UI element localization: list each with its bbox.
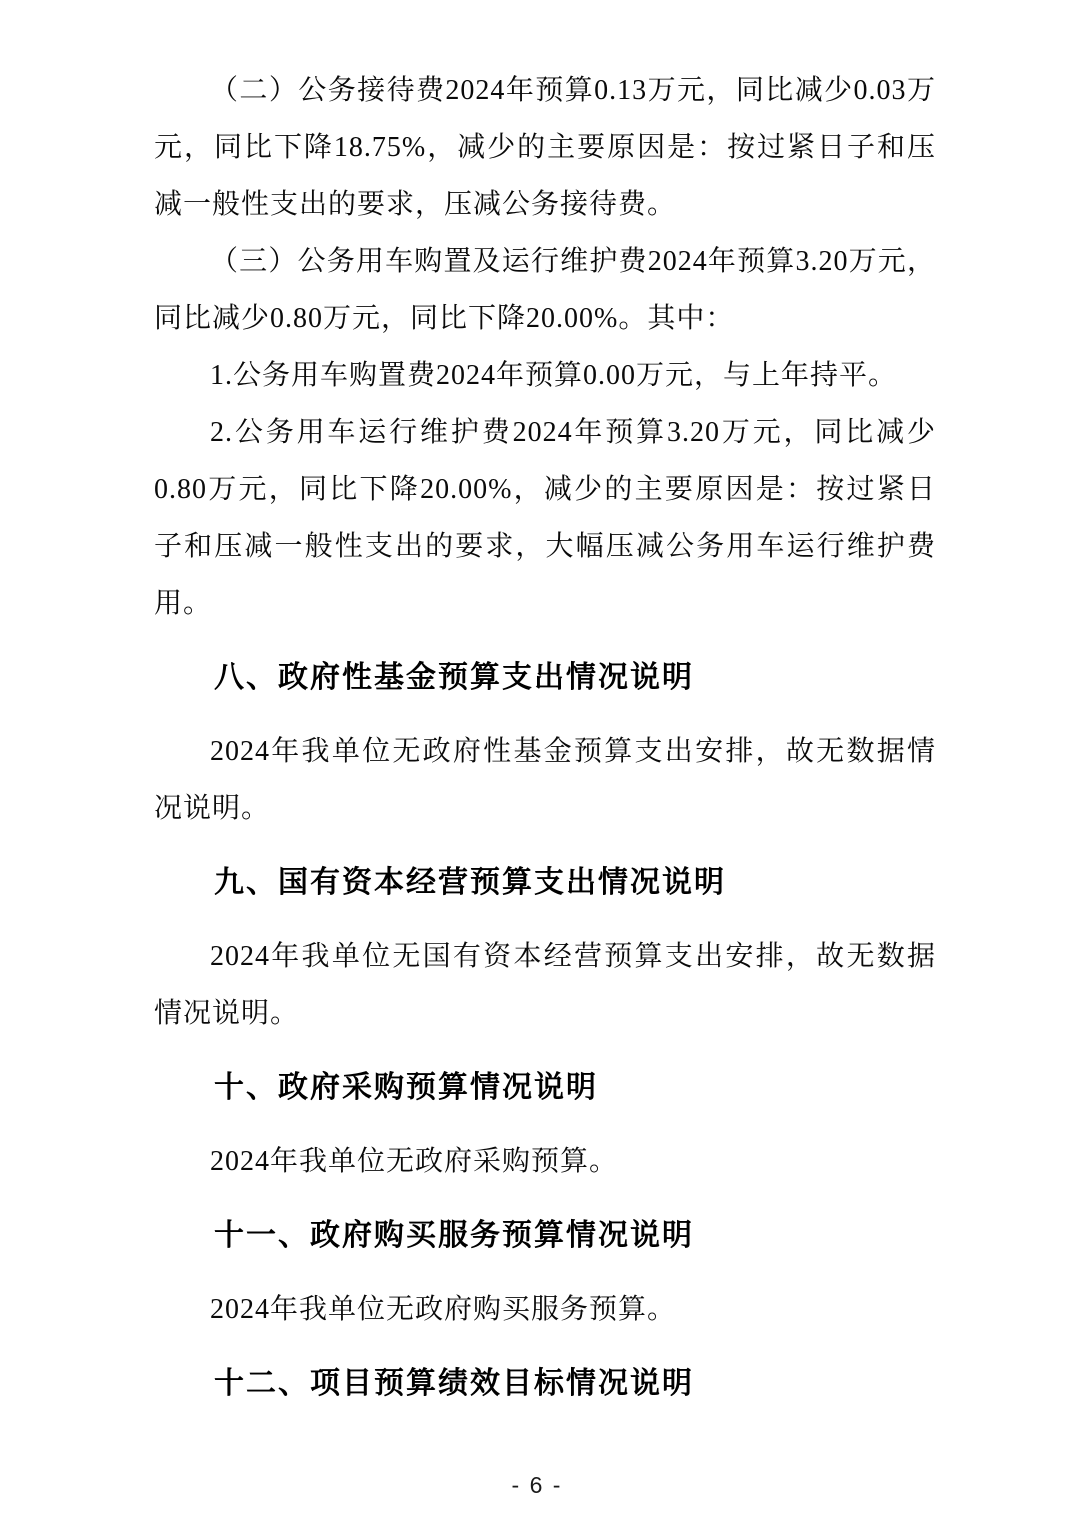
section-heading-12: 十二、项目预算绩效目标情况说明 — [154, 1355, 936, 1412]
body-paragraph: 1.公务用车购置费2024年预算0.00万元，与上年持平。 — [154, 347, 936, 404]
section-heading-9: 九、国有资本经营预算支出情况说明 — [154, 854, 936, 911]
body-paragraph: 2024年我单位无政府采购预算。 — [154, 1133, 936, 1190]
page-number: - 6 - — [0, 1472, 1074, 1499]
section-heading-11: 十一、政府购买服务预算情况说明 — [154, 1207, 936, 1264]
body-paragraph: 2024年我单位无国有资本经营预算支出安排，故无数据情况说明。 — [154, 928, 936, 1042]
body-paragraph: （三）公务用车购置及运行维护费2024年预算3.20万元，同比减少0.80万元，… — [154, 233, 936, 347]
section-heading-8: 八、政府性基金预算支出情况说明 — [154, 649, 936, 706]
body-paragraph: 2.公务用车运行维护费2024年预算3.20万元，同比减少0.80万元，同比下降… — [154, 404, 936, 632]
body-paragraph: 2024年我单位无政府性基金预算支出安排，故无数据情况说明。 — [154, 723, 936, 837]
body-paragraph: （二）公务接待费2024年预算0.13万元，同比减少0.03万元，同比下降18.… — [154, 62, 936, 233]
section-heading-10: 十、政府采购预算情况说明 — [154, 1059, 936, 1116]
body-paragraph: 2024年我单位无政府购买服务预算。 — [154, 1281, 936, 1338]
document-content: （二）公务接待费2024年预算0.13万元，同比减少0.03万元，同比下降18.… — [0, 0, 1074, 1412]
document-page: （二）公务接待费2024年预算0.13万元，同比减少0.03万元，同比下降18.… — [0, 0, 1074, 1520]
